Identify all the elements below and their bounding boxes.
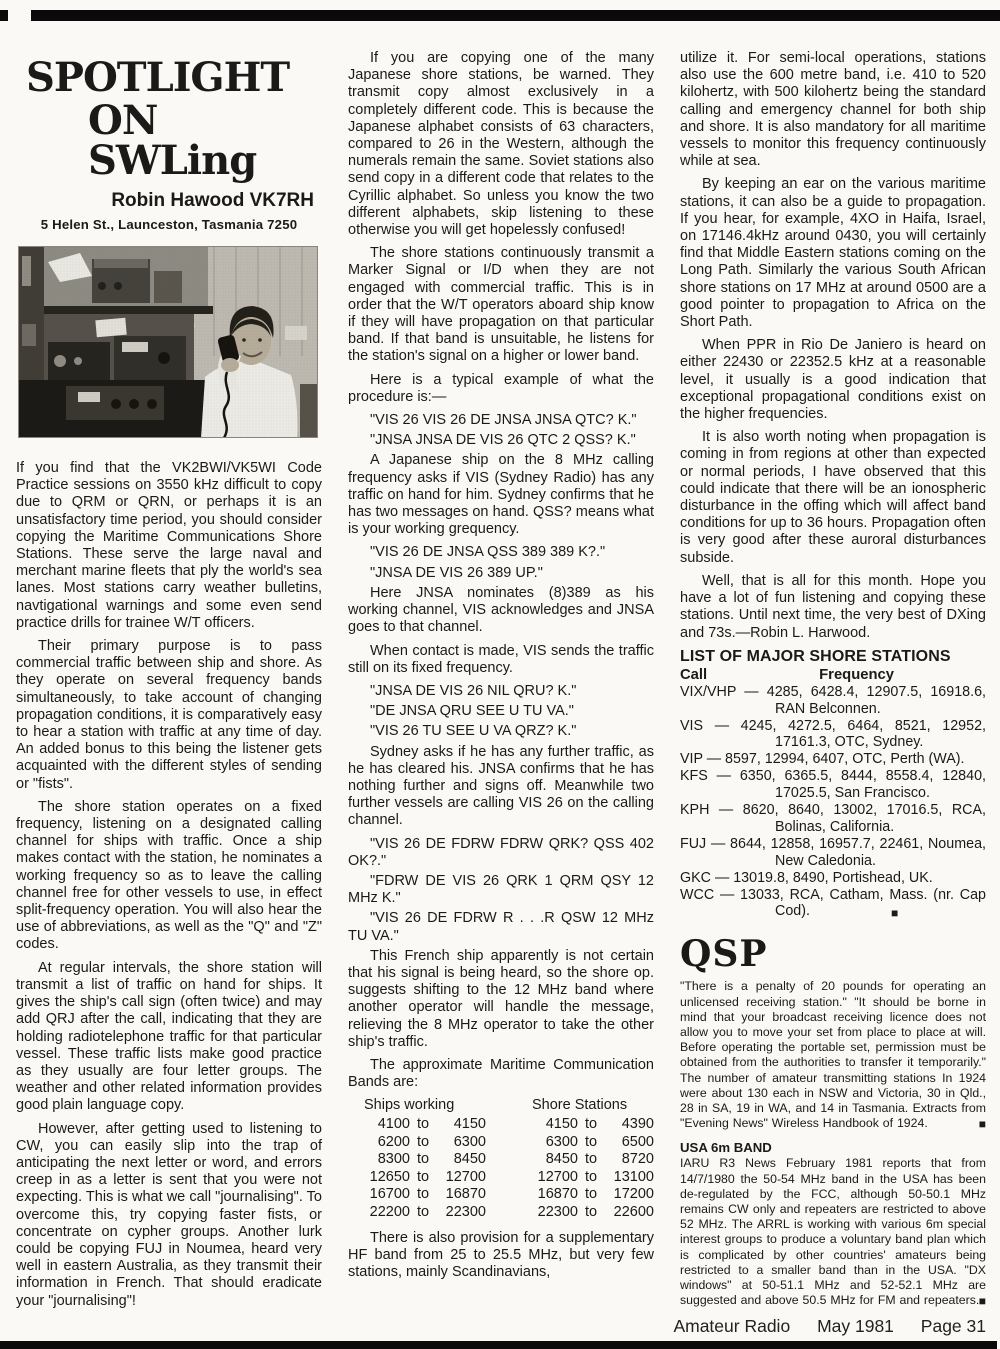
band-range-value: 4100 [364, 1116, 410, 1134]
qsp-text: "There is a penalty of 20 pounds for ope… [680, 979, 986, 1131]
usa-6m-heading: USA 6m BAND [680, 1140, 986, 1155]
band-range-value: 6300 [436, 1134, 486, 1152]
paragraph: A Japanese ship on the 8 MHz calling fre… [348, 452, 654, 538]
band-range-value: 8450 [532, 1151, 578, 1169]
band-range-value: 22300 [532, 1204, 578, 1222]
procedure-quote: "DE JNSA QRU SEE U TU VA." [348, 703, 654, 720]
band-range-value: to [578, 1186, 604, 1204]
qsp-heading: QSP [680, 936, 986, 972]
band-range-row: 22200to22300 [364, 1204, 486, 1222]
column-1-text: If you find that the VK2BWI/VK5WI Code P… [16, 460, 322, 1310]
band-range-row: 8300to8450 [364, 1151, 486, 1169]
band-range-value: 8720 [604, 1151, 654, 1169]
band-range-row: 4100to4150 [364, 1116, 486, 1134]
paragraph: The shore stations continuously transmit… [348, 245, 654, 365]
footer-issue: May 1981 [817, 1316, 894, 1336]
paragraph: utilize it. For semi-local operations, s… [680, 50, 986, 170]
bands-ships-rows: 4100to41506200to63008300to845012650to127… [364, 1116, 486, 1222]
top-edge-mark [0, 10, 8, 21]
band-range-row: 12650to12700 [364, 1169, 486, 1187]
bands-shore-header: Shore Stations [532, 1097, 654, 1115]
bands-ships-header: Ships working [364, 1097, 486, 1115]
shore-station-entry: VIP — 8597, 12994, 6407, OTC, Perth (WA)… [680, 751, 986, 768]
band-range-value: to [410, 1186, 436, 1204]
article-column-1: SPOTLIGHT ON SWLing Robin Hawood VK7RH 5… [16, 50, 322, 1316]
band-range-value: 4390 [604, 1116, 654, 1134]
paragraph: The shore station operates on a fixed fr… [16, 799, 322, 954]
paragraph: If you are copying one of the many Japan… [348, 50, 654, 239]
procedure-quote: "VIS 26 DE JNSA QSS 389 389 K?." [348, 544, 654, 561]
footer-journal: Amateur Radio [673, 1316, 790, 1336]
end-marker: ■ [979, 1118, 986, 1130]
band-range-value: 22600 [604, 1204, 654, 1222]
frequency-column-header: Frequency [819, 667, 894, 683]
paragraph: When contact is made, VIS sends the traf… [348, 643, 654, 677]
band-range-value: to [578, 1134, 604, 1152]
shore-station-entry: KPH — 8620, 8640, 13002, 17016.5, RCA, B… [680, 802, 986, 836]
paragraph: Sydney asks if he has any further traffi… [348, 744, 654, 830]
footer-page-number: Page 31 [921, 1316, 986, 1336]
band-range-value: 8300 [364, 1151, 410, 1169]
band-range-value: 17200 [604, 1186, 654, 1204]
call-column-header: Call [680, 667, 707, 683]
band-range-row: 8450to8720 [532, 1151, 654, 1169]
band-range-value: to [410, 1116, 436, 1134]
paragraph: It is also worth noting when propagation… [680, 429, 986, 567]
procedure-quote: "JNSA DE VIS 26 389 UP." [348, 565, 654, 582]
band-range-row: 22300to22600 [532, 1204, 654, 1222]
band-range-value: 22200 [364, 1204, 410, 1222]
byline: Robin Hawood VK7RH [16, 190, 314, 212]
article-title-line2: ON SWLing [88, 101, 322, 181]
shore-stations-list: VIX/VHP — 4285, 6428.4, 12907.5, 16918.6… [680, 684, 986, 921]
band-range-value: to [410, 1204, 436, 1222]
band-range-value: 16870 [436, 1186, 486, 1204]
band-range-value: 16700 [364, 1186, 410, 1204]
shore-stations-header-row: Call Frequency [680, 667, 986, 683]
paragraph: This French ship apparently is not certa… [348, 948, 654, 1051]
band-range-row: 12700to13100 [532, 1169, 654, 1187]
procedure-quote: "FDRW DE VIS 26 QRK 1 QRM QSY 12 MHz K." [348, 873, 654, 907]
procedure-quote: "VIS 26 DE FDRW FDRW QRK? QSS 402 OK?." [348, 836, 654, 870]
band-range-value: 12700 [532, 1169, 578, 1187]
shack-photo [18, 246, 318, 438]
usa-6m-text-body: IARU R3 News February 1981 reports that … [680, 1156, 986, 1307]
paragraph: Here JNSA nominates (8)389 as his workin… [348, 585, 654, 637]
band-range-value: to [410, 1169, 436, 1187]
band-range-value: to [410, 1134, 436, 1152]
top-edge-bar [31, 10, 1000, 21]
band-range-value: to [578, 1204, 604, 1222]
procedure-quote: "VIS 26 VIS 26 DE JNSA JNSA QTC? K." [348, 412, 654, 429]
shore-station-entry: VIX/VHP — 4285, 6428.4, 12907.5, 16918.6… [680, 684, 986, 718]
bands-shore-column: Shore Stations 4150to43906300to65008450t… [532, 1097, 654, 1221]
paragraph: If you find that the VK2BWI/VK5WI Code P… [16, 460, 322, 632]
article-title-line1: SPOTLIGHT [26, 58, 322, 98]
band-range-value: 8450 [436, 1151, 486, 1169]
band-range-value: 22300 [436, 1204, 486, 1222]
shore-station-entry: GKC — 13019.8, 8490, Portishead, UK. [680, 870, 986, 887]
shack-photo-illustration [18, 246, 318, 438]
shore-station-entry: VIS — 4245, 4272.5, 6464, 8521, 12952, 1… [680, 718, 986, 752]
band-range-row: 16870to17200 [532, 1186, 654, 1204]
band-range-value: 6300 [532, 1134, 578, 1152]
band-range-value: 6200 [364, 1134, 410, 1152]
band-range-row: 6300to6500 [532, 1134, 654, 1152]
procedure-quote: "JNSA DE VIS 26 NIL QRU? K." [348, 683, 654, 700]
bands-shore-rows: 4150to43906300to65008450to872012700to131… [532, 1116, 654, 1222]
shore-station-entry: WCC — 13033, RCA, Catham, Mass. (nr. Cap… [680, 887, 986, 921]
paragraph: There is also provision for a supplement… [348, 1230, 654, 1282]
paragraph: At regular intervals, the shore station … [16, 960, 322, 1115]
procedure-quote: "VIS 26 TU SEE U VA QRZ? K." [348, 723, 654, 740]
procedure-quote: "JNSA JNSA DE VIS 26 QTC 2 QSS? K." [348, 432, 654, 449]
band-range-value: to [578, 1116, 604, 1134]
shore-station-entry: FUJ — 8644, 12858, 16957.7, 22461, Noume… [680, 836, 986, 870]
paragraph: By keeping an ear on the various maritim… [680, 176, 986, 331]
paragraph: However, after getting used to listening… [16, 1121, 322, 1310]
bottom-edge-bar [0, 1341, 997, 1349]
page-footer: Amateur Radio May 1981 Page 31 [673, 1316, 986, 1337]
qsp-text-body: "There is a penalty of 20 pounds for ope… [680, 979, 986, 1130]
bands-ships-column: Ships working 4100to41506200to63008300to… [364, 1097, 486, 1221]
band-range-value: 12700 [436, 1169, 486, 1187]
paragraph: Their primary purpose is to pass commerc… [16, 638, 322, 793]
article-column-3: utilize it. For semi-local operations, s… [680, 50, 986, 1316]
band-range-value: 4150 [436, 1116, 486, 1134]
band-range-value: 6500 [604, 1134, 654, 1152]
band-range-row: 4150to4390 [532, 1116, 654, 1134]
article-column-2: If you are copying one of the many Japan… [348, 50, 654, 1316]
paragraph: Well, that is all for this month. Hope y… [680, 573, 986, 642]
band-range-row: 6200to6300 [364, 1134, 486, 1152]
band-range-row: 16700to16870 [364, 1186, 486, 1204]
shore-stations-heading: LIST OF MAJOR SHORE STATIONS [680, 648, 986, 666]
usa-6m-text: IARU R3 News February 1981 reports that … [680, 1156, 986, 1308]
band-range-value: to [410, 1151, 436, 1169]
band-range-value: 12650 [364, 1169, 410, 1187]
band-range-value: 16870 [532, 1186, 578, 1204]
author-address: 5 Helen St., Launceston, Tasmania 7250 [16, 217, 322, 232]
paragraph: When PPR in Rio De Janiero is heard on e… [680, 337, 986, 423]
paragraph: The approximate Maritime Communication B… [348, 1057, 654, 1091]
bands-table: Ships working 4100to41506200to63008300to… [364, 1097, 654, 1221]
procedure-quote: "VIS 26 DE FDRW R . . .R QSW 12 MHz TU V… [348, 910, 654, 944]
article-body: SPOTLIGHT ON SWLing Robin Hawood VK7RH 5… [16, 50, 986, 1316]
band-range-value: 13100 [604, 1169, 654, 1187]
page: SPOTLIGHT ON SWLing Robin Hawood VK7RH 5… [0, 0, 1000, 1349]
end-marker: ■ [979, 1295, 986, 1307]
band-range-value: to [578, 1151, 604, 1169]
band-range-value: 4150 [532, 1116, 578, 1134]
paragraph: Here is a typical example of what the pr… [348, 372, 654, 406]
shore-station-entry: KFS — 6350, 6365.5, 8444, 8558.4, 12840,… [680, 768, 986, 802]
band-range-value: to [578, 1169, 604, 1187]
